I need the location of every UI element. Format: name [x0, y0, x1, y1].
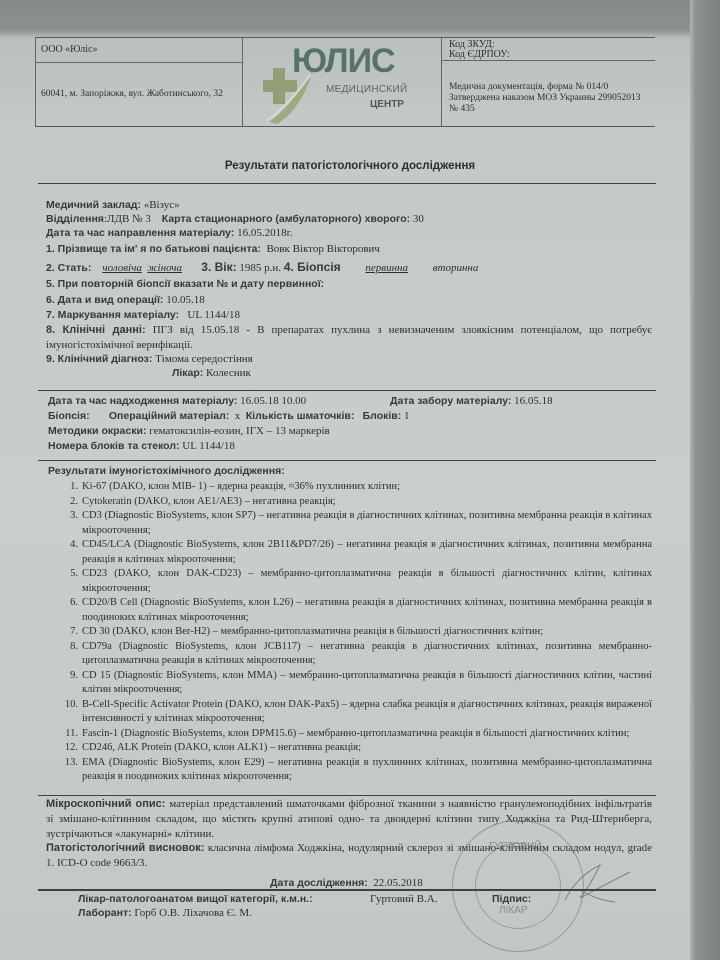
biopsy-label: 4. Біопсія — [284, 260, 341, 274]
code-edrpou-label: Код ЄДРПОУ: — [449, 49, 510, 61]
ihc-result-item: 10.B-Cell-Specific Activator Protein (DA… — [46, 698, 652, 727]
ihc-item-text: EMA (Diagnostic BioSystems, клон E29) – … — [82, 757, 652, 783]
ihc-item-number: 13. — [58, 756, 82, 771]
divider — [38, 795, 656, 796]
ihc-result-item: 6.CD20/B Cell (Diagnostic BioSystems, кл… — [46, 596, 652, 625]
operation-label: 6. Дата и вид операції: — [46, 294, 163, 306]
received-label: Дата та час надходження матеріалу: — [48, 395, 237, 407]
ihc-result-item: 13.EMA (Diagnostic BioSystems, клон E29)… — [46, 756, 652, 785]
biopsy-option-secondary: вторинна — [433, 262, 479, 274]
ihc-heading-text: Результати імуногістохімічного досліджен… — [48, 465, 285, 477]
doctor-label: Лікар: — [172, 367, 203, 379]
document-title: Результати патогістологічного дослідженн… — [0, 160, 700, 172]
institution-value: «Візус» — [144, 199, 180, 211]
department-value: :ЛДВ № 3 — [104, 213, 151, 225]
ihc-result-item: 7.CD 30 (DAKO, клон Ber-H2) – мембранно-… — [46, 625, 652, 640]
marking-label: 7. Маркування матеріалу: — [46, 309, 179, 321]
marking-value: UL 1144/18 — [187, 309, 240, 321]
biopsy-option-primary: первинна — [365, 262, 408, 274]
received-row: Дата та час надходження матеріалу: 16.05… — [48, 395, 306, 408]
ihc-result-item: 12.CD246, ALK Protein (DAKO, клон ALK1) … — [46, 741, 652, 756]
lab-row: Лаборант: Горб О.В. Ліхачова Є. М. — [78, 907, 252, 920]
page-edge-shadow — [690, 0, 720, 960]
repeat-biopsy-row: 5. При повторній біопсії вказати № и дат… — [46, 278, 324, 291]
diagnosis-label: 9. Клінічний діагноз: — [46, 353, 152, 365]
ihc-item-number: 9. — [58, 669, 82, 684]
operative-label: Операційний матеріал: — [109, 410, 229, 422]
form-line-3: № 435 — [449, 103, 475, 115]
ihc-item-number: 8. — [58, 640, 82, 655]
biopsy-type-label: Біопсія: — [48, 410, 90, 422]
ihc-item-number: 2. — [58, 495, 82, 510]
ihc-results-list: 1.Ki-67 (DAKO, клон MIB- 1) – ядерна реа… — [46, 480, 652, 785]
blocks-label: Блоків: — [363, 410, 402, 422]
divider — [38, 183, 656, 184]
stamp-text-top: ГУРТОВИЙ — [489, 841, 541, 852]
repeat-biopsy-label: 5. При повторній біопсії вказати № и дат… — [46, 278, 324, 290]
clinical-label: 8. Клінічні данні: — [46, 324, 146, 336]
operation-row: 6. Дата и вид операції: 10.05.18 — [46, 294, 205, 307]
lab-label: Лаборант: — [78, 907, 132, 919]
sex-option-male: чоловіча — [102, 262, 141, 274]
ihc-result-item: 1.Ki-67 (DAKO, клон MIB- 1) – ядерна реа… — [46, 480, 652, 495]
verdict-label: Патогістологічний висновок: — [46, 842, 204, 854]
ihc-item-number: 3. — [58, 509, 82, 524]
pathologist-value: Гуртовий В.А. — [370, 893, 437, 905]
pathologist-name: Гуртовий В.А. — [370, 893, 437, 906]
pathologist-label: Лікар-патологоанатом вищої категорії, к.… — [78, 893, 313, 905]
department-label: Відділення — [46, 213, 104, 225]
age-label: 3. Вік: — [201, 260, 236, 274]
age-value: 1985 р.н. — [239, 262, 281, 274]
ihc-item-number: 10. — [58, 698, 82, 713]
operation-value: 10.05.18 — [166, 294, 205, 306]
slides-row: Номера блоків та стекол: UL 1144/18 — [48, 440, 235, 453]
logo-name: ЮЛИС — [292, 44, 395, 78]
ihc-result-item: 11.Fascin-1 (Diagnostic BioSystems, клон… — [46, 727, 652, 742]
ihc-result-item: 4.CD45/LCA (Diagnostic BioSystems, клон … — [46, 538, 652, 567]
sex-option-female: жіноча — [147, 262, 182, 274]
ihc-item-text: CD246, ALK Protein (DAKO, клон ALK1) – н… — [82, 742, 361, 753]
clinical-data-row: 8. Клінічні данні: ПГЗ від 15.05.18 - В … — [46, 323, 652, 353]
org-name: ООО «Юліс» — [41, 44, 98, 56]
ihc-result-item: 5.CD23 (DAKO, клон DAK-CD23) – мембранно… — [46, 567, 652, 596]
study-date-label: Дата дослідження: — [270, 877, 368, 889]
stain-label: Методики окраски: — [48, 425, 146, 437]
ihc-item-text: Cytokeratin (DAKO, клон AE1/AE3) – негат… — [82, 496, 336, 507]
doctor-row: Лікар: Колесник — [172, 367, 251, 380]
lab-value: Горб О.В. Ліхачова Є. М. — [134, 907, 252, 919]
divider — [38, 390, 656, 391]
sex-label: 2. Стать: — [46, 262, 91, 274]
ihc-result-item: 3.CD3 (Diagnostic BioSystems, клон SP7) … — [46, 509, 652, 538]
diagnosis-row: 9. Клінічний діагноз: Тімома середостінн… — [46, 353, 253, 366]
referral-date-label: Дата та час направлення матеріалу: — [46, 227, 234, 239]
logo-subtitle-1: МЕДИЦИНСКИЙ — [326, 84, 408, 95]
pathologist-row: Лікар-патологоанатом вищої категорії, к.… — [78, 893, 313, 906]
operative-value: x — [235, 410, 241, 422]
stamp-text-center: ЛІКАР — [499, 905, 528, 916]
collected-label: Дата забору матеріалу: — [390, 395, 511, 407]
sex-age-biopsy-row: 2. Стать: чоловіча жіноча 3. Вік: 1985 р… — [46, 261, 478, 275]
org-address: 60041, м. Запоріжжя, вул. Жаботинського,… — [41, 88, 223, 100]
patient-row: 1. Прізвище та ім' я по батькові пацієнт… — [46, 243, 380, 256]
patient-value: Вовк Віктор Вікторович — [266, 243, 380, 255]
study-date-value: 22.05.2018 — [373, 877, 423, 889]
micro-label: Мікроскопічний опис: — [46, 798, 165, 810]
ihc-item-number: 6. — [58, 596, 82, 611]
slides-label: Номера блоків та стекол: — [48, 440, 180, 452]
referral-date-value: 16.05.2018г. — [237, 227, 293, 239]
ihc-item-text: B-Cell-Specific Activator Protein (DAKO,… — [82, 699, 652, 725]
ihc-item-number: 1. — [58, 480, 82, 495]
ihc-item-text: CD 15 (Diagnostic BioSystems, клон MMA) … — [82, 670, 652, 696]
form-line-2: Затверджена наказом МОЗ Украины 29905201… — [449, 92, 641, 104]
received-value: 16.05.18 10.00 — [240, 395, 306, 407]
ihc-result-item: 9.CD 15 (Diagnostic BioSystems, клон MMA… — [46, 669, 652, 698]
handwritten-signature-icon — [560, 860, 640, 910]
card-label: Карта стационарного (амбулаторного) хвор… — [162, 213, 410, 225]
ihc-item-text: CD23 (DAKO, клон DAK-CD23) – мембранно-ц… — [82, 568, 652, 594]
ihc-item-text: CD20/B Cell (Diagnostic BioSystems, клон… — [82, 597, 652, 623]
ihc-item-number: 4. — [58, 538, 82, 553]
ihc-item-text: CD3 (Diagnostic BioSystems, клон SP7) – … — [82, 510, 652, 536]
ihc-item-text: CD45/LCA (Diagnostic BioSystems, клон 2B… — [82, 539, 652, 565]
referral-date-row: Дата та час направлення матеріалу: 16.05… — [46, 227, 293, 240]
ihc-item-number: 12. — [58, 741, 82, 756]
ihc-item-number: 5. — [58, 567, 82, 582]
ihc-item-number: 7. — [58, 625, 82, 640]
collected-row: Дата забору матеріалу: 16.05.18 — [390, 395, 553, 408]
marking-row: 7. Маркування матеріалу: UL 1144/18 — [46, 309, 240, 322]
divider — [38, 460, 656, 461]
ihc-item-number: 11. — [58, 727, 82, 742]
ihc-heading: Результати імуногістохімічного досліджен… — [48, 465, 285, 478]
ihc-item-text: Ki-67 (DAKO, клон MIB- 1) – ядерна реакц… — [82, 481, 400, 492]
institution-label: Медичний заклад: — [46, 199, 141, 211]
blocks-value: 1 — [404, 410, 410, 422]
diagnosis-value: Тімома середостіння — [155, 353, 253, 365]
stain-value: гематоксилін-еозин, ІГХ – 13 маркерів — [149, 425, 330, 437]
material-row: Біопсія: Операційний матеріал: x Кількіс… — [48, 410, 409, 423]
ihc-item-text: CD 30 (DAKO, клон Ber-H2) – мембранно-ци… — [82, 626, 543, 637]
department-row: Відділення:ЛДВ № 3 Карта стационарного (… — [46, 213, 424, 226]
collected-value: 16.05.18 — [514, 395, 553, 407]
logo-subtitle-2: ЦЕНТР — [370, 99, 404, 110]
ihc-item-text: Fascin-1 (Diagnostic BioSystems, клон DP… — [82, 728, 629, 739]
patient-label: 1. Прізвище та ім' я по батькові пацієнт… — [46, 243, 261, 255]
card-value: 30 — [413, 213, 424, 225]
ihc-item-text: CD79a (Diagnostic BioSystems, клон JCB11… — [82, 641, 652, 667]
ihc-result-item: 2.Cytokeratin (DAKO, клон AE1/AE3) – нег… — [46, 495, 652, 510]
doctor-value: Колесник — [206, 367, 251, 379]
institution-row: Медичний заклад: «Візус» — [46, 199, 180, 212]
pieces-label: Кількість шматочків: — [246, 410, 355, 422]
stain-row: Методики окраски: гематоксилін-еозин, ІГ… — [48, 425, 330, 438]
ihc-result-item: 8.CD79a (Diagnostic BioSystems, клон JCB… — [46, 640, 652, 669]
slides-value: UL 1144/18 — [182, 440, 235, 452]
